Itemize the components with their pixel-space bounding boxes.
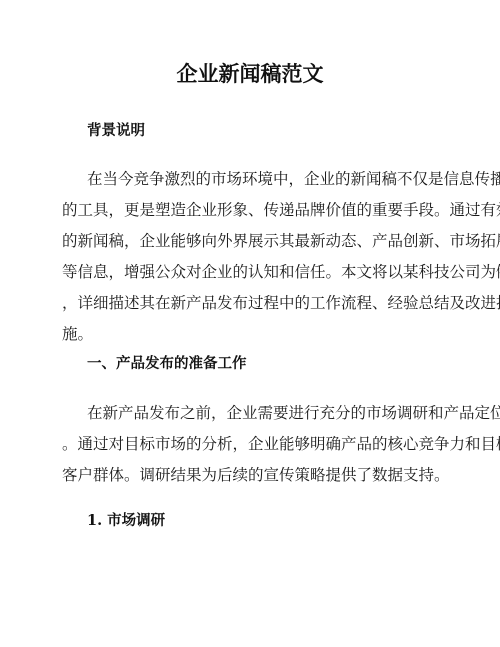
paragraph-line: 等信息，增强公众对企业的认知和信任。本文将以某科技公司为例 (62, 257, 442, 288)
paragraph-line: 施。 (62, 319, 442, 350)
subsection-heading-market-research: 1. 市场调研 (87, 511, 165, 531)
section-heading-background: 背景说明 (87, 121, 145, 141)
document-page: 企业新闻稿范文 背景说明 在当今竞争激烈的市场环境中，企业的新闻稿不仅是信息传播… (0, 0, 500, 647)
paragraph-line: ，详细描述其在新产品发布过程中的工作流程、经验总结及改进措 (62, 288, 442, 319)
paragraph-line: 。通过对目标市场的分析，企业能够明确产品的核心竞争力和目标 (62, 429, 442, 460)
section-heading-preparation: 一、产品发布的准备工作 (87, 354, 247, 374)
paragraph-line: 客户群体。调研结果为后续的宣传策略提供了数据支持。 (62, 460, 442, 491)
document-title: 企业新闻稿范文 (0, 60, 500, 88)
paragraph-line: 的新闻稿，企业能够向外界展示其最新动态、产品创新、市场拓展 (62, 226, 442, 257)
paragraph-line: 在新产品发布之前，企业需要进行充分的市场调研和产品定位 (62, 398, 442, 429)
paragraph-preparation: 在新产品发布之前，企业需要进行充分的市场调研和产品定位 。通过对目标市场的分析，… (62, 398, 442, 491)
paragraph-line: 在当今竞争激烈的市场环境中，企业的新闻稿不仅是信息传播 (62, 164, 442, 195)
paragraph-background: 在当今竞争激烈的市场环境中，企业的新闻稿不仅是信息传播 的工具，更是塑造企业形象… (62, 164, 442, 350)
paragraph-line: 的工具，更是塑造企业形象、传递品牌价值的重要手段。通过有效 (62, 195, 442, 226)
